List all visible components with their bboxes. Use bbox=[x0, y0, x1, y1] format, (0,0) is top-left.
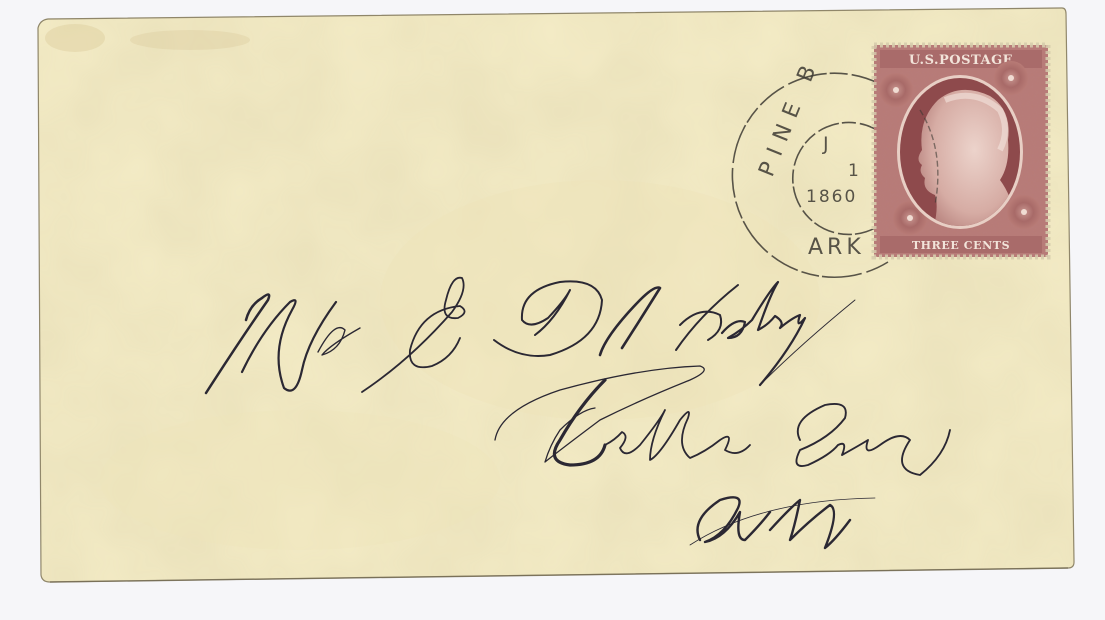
postmark-state: ARK bbox=[808, 235, 865, 260]
stamp-bottom-label: THREE CENTS bbox=[912, 239, 1010, 252]
stamp-top-label: U.S.POSTAGE bbox=[909, 53, 1013, 68]
envelope-photo: PINE B J 1 1860 ARK U.S.POSTAGE THREE CE… bbox=[0, 0, 1105, 620]
postmark-year: 1860 bbox=[806, 187, 857, 207]
postage-stamp: U.S.POSTAGE THREE CENTS bbox=[874, 45, 1048, 257]
postmark-month: J bbox=[822, 133, 829, 155]
postmark-day: 1 bbox=[848, 161, 859, 181]
